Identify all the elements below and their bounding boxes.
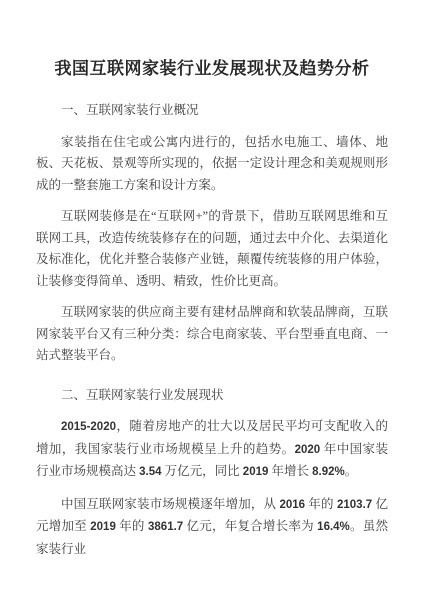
paragraph-definition: 家装指在住宅或公寓内进行的，包括水电施工、墙体、地板、天花板、景观等所实现的，依… [36, 132, 388, 197]
text-run: 中国互联网家装市场规模逐年增加，从 [61, 497, 280, 511]
text-run: 。 [345, 464, 358, 478]
bold-number-run: 2019 [243, 466, 269, 478]
bold-number-run: 2015-2020 [61, 421, 116, 433]
bold-number-run: 3.54 [139, 466, 161, 478]
bold-number-run: 2020 [295, 444, 321, 456]
paragraph-market-growth: 中国互联网家装市场规模逐年增加，从 2016 年的 2103.7 亿元增加至 2… [36, 494, 388, 561]
document-page: 我国互联网家装行业发展现状及趋势分析 一、互联网家装行业概况 家装指在住宅或公寓… [0, 0, 424, 600]
text-run: 年的 [305, 497, 337, 511]
bold-number-run: 2016 [280, 499, 306, 511]
text-run: 互联网家装的供应商主要有建材品牌商和软装品牌商，互联网家装平台又有三种分类：综合… [36, 305, 388, 362]
bold-number-run: 3861.7 [148, 521, 183, 533]
document-title: 我国互联网家装行业发展现状及趋势分析 [36, 56, 388, 82]
text-run: 万亿元，同比 [162, 464, 243, 478]
text-run: 年增长 [268, 464, 312, 478]
paragraph-suppliers: 互联网家装的供应商主要有建材品牌商和软装品牌商，互联网家装平台又有三种分类：综合… [36, 302, 388, 367]
paragraph-market-scale-2020: 2015-2020，随着房地产的壮大以及居民平均可支配收入的增加，我国家装行业市… [36, 416, 388, 484]
bold-number-run: 16.4% [317, 521, 350, 533]
bold-number-run: 2019 [90, 521, 116, 533]
text-run: 互联网装修是在“互联网+”的背景下，借助互联网思维和互联网工具，改造传统装修存在… [36, 209, 388, 288]
bold-number-run: 2103.7 [337, 499, 372, 511]
text-run: 亿元，年复合增长率为 [183, 519, 317, 533]
section-heading-overview: 一、互联网家装行业概况 [36, 100, 388, 122]
bold-number-run: 8.92% [312, 466, 345, 478]
section-heading-current-status: 二、互联网家装行业发展现状 [36, 385, 388, 407]
text-run: 年的 [116, 519, 148, 533]
paragraph-internet-renovation: 互联网装修是在“互联网+”的背景下，借助互联网思维和互联网工具，改造传统装修存在… [36, 206, 388, 292]
text-run: 家装指在住宅或公寓内进行的，包括水电施工、墙体、地板、天花板、景观等所实现的，依… [36, 135, 388, 192]
